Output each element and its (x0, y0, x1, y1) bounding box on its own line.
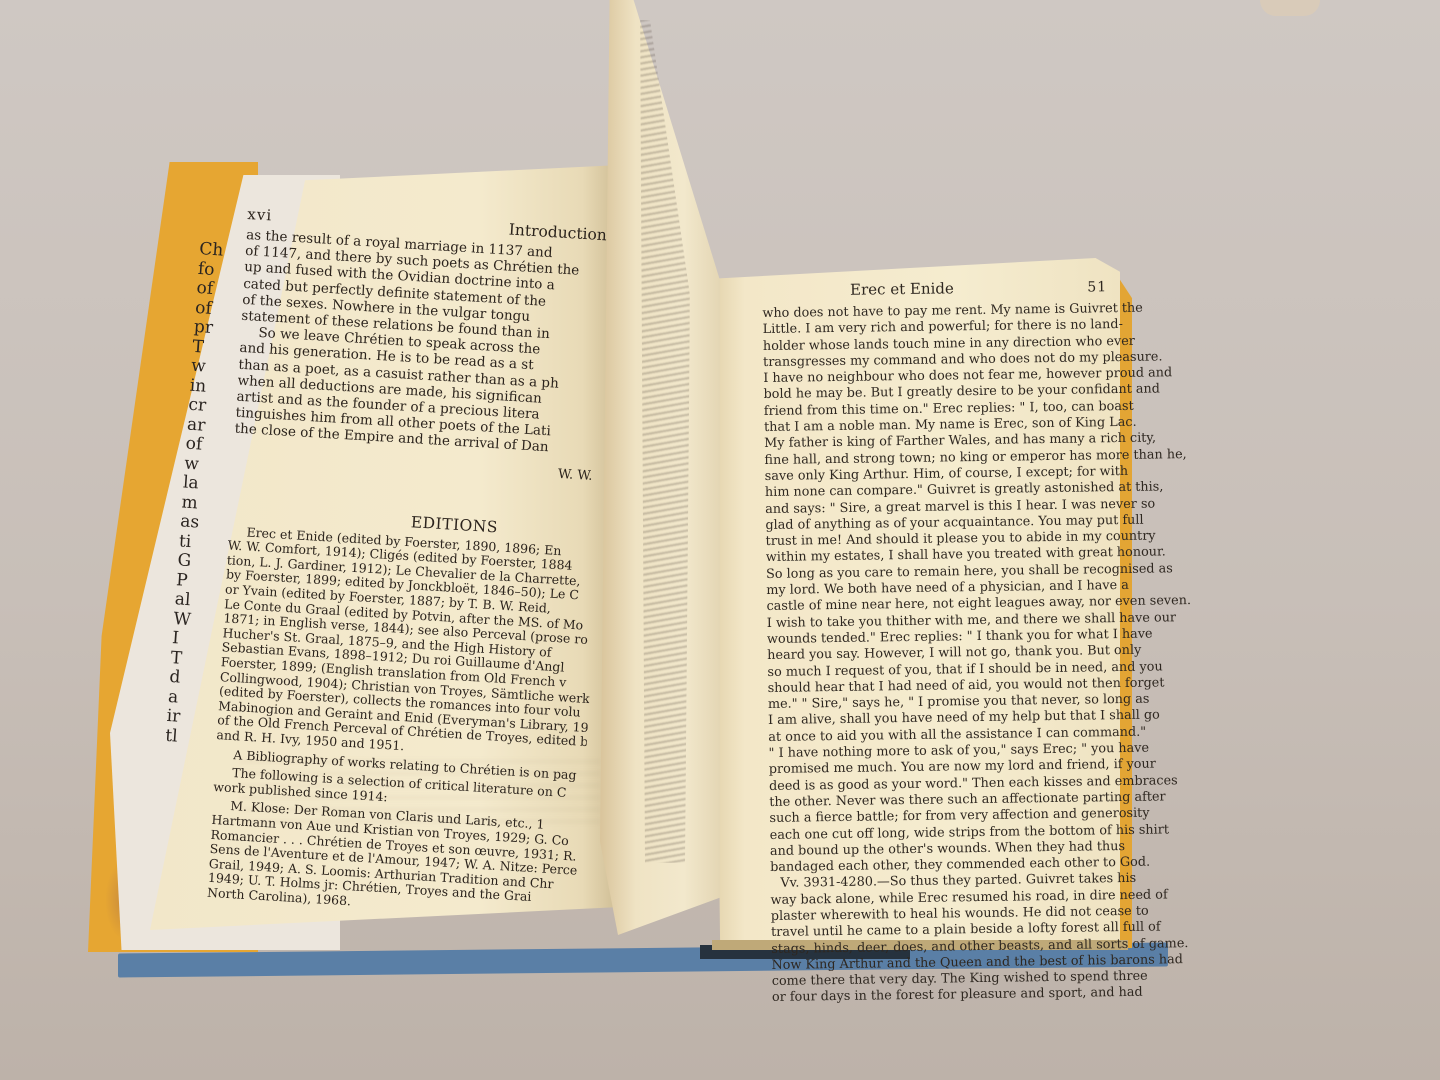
right-page-text: Erec et Enide 51 who does not have to pa… (762, 277, 1117, 1007)
turning-page-text-blur (640, 20, 690, 880)
text-line: or four days in the forest for pleasure … (772, 986, 1117, 1007)
introduction-body: as the result of a royal marriage in 113… (233, 227, 636, 485)
background-object (1260, 0, 1320, 16)
erec-et-enide-body: who does not have to pay me rent. My nam… (762, 301, 1117, 1007)
page-number: xvi (247, 205, 273, 224)
left-page-text: xvi Introduction as the result of a roya… (207, 205, 638, 923)
editions-list: Erec et Enide (edited by Foerster, 1890,… (207, 524, 619, 923)
photo-scene: ChfoofofprTwincrarofwlamastiGPalWITdairt… (0, 0, 1440, 1080)
running-head-title: Erec et Enide (850, 279, 954, 298)
right-running-head: Erec et Enide 51 (762, 277, 1107, 300)
page-number: 51 (1087, 279, 1107, 295)
